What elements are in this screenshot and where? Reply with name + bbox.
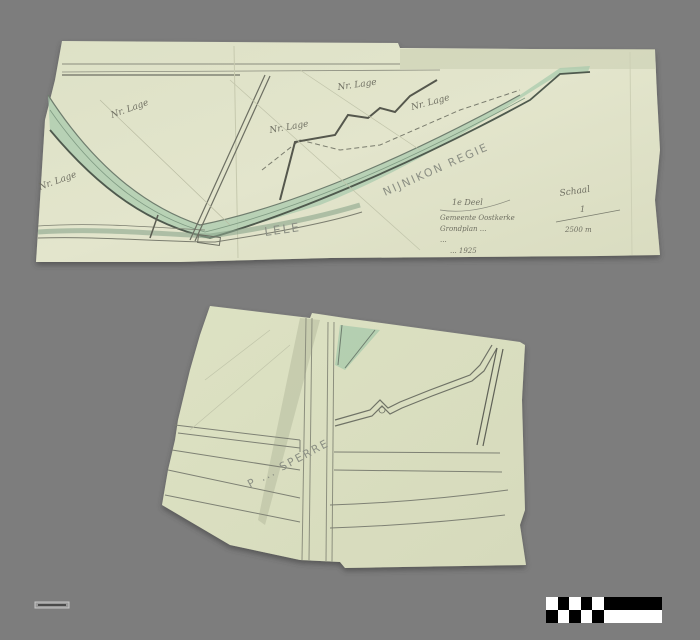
map-viewer: Nr. Lage Nr. Lage Nr. Lage Nr. Lage Nr. … — [0, 0, 700, 640]
title-line-3: Grondplan ... — [440, 225, 486, 233]
title-line-1: 1e Deel — [452, 198, 483, 207]
scale-numerator: 1 — [580, 205, 585, 214]
title-line-4: ... — [440, 236, 447, 244]
gray-reference-strip — [35, 602, 69, 608]
title-line-2: Gemeente Oostkerke — [440, 214, 515, 222]
checkered-scale-bar — [546, 597, 662, 623]
title-line-5: ... 1925 — [450, 247, 477, 255]
map-fragment-bottom: P ... SPERRE — [162, 306, 526, 568]
map-fragment-top: Nr. Lage Nr. Lage Nr. Lage Nr. Lage Nr. … — [36, 41, 660, 262]
scale-denominator: 2500 m — [564, 226, 592, 234]
map-canvas: Nr. Lage Nr. Lage Nr. Lage Nr. Lage Nr. … — [0, 0, 700, 640]
